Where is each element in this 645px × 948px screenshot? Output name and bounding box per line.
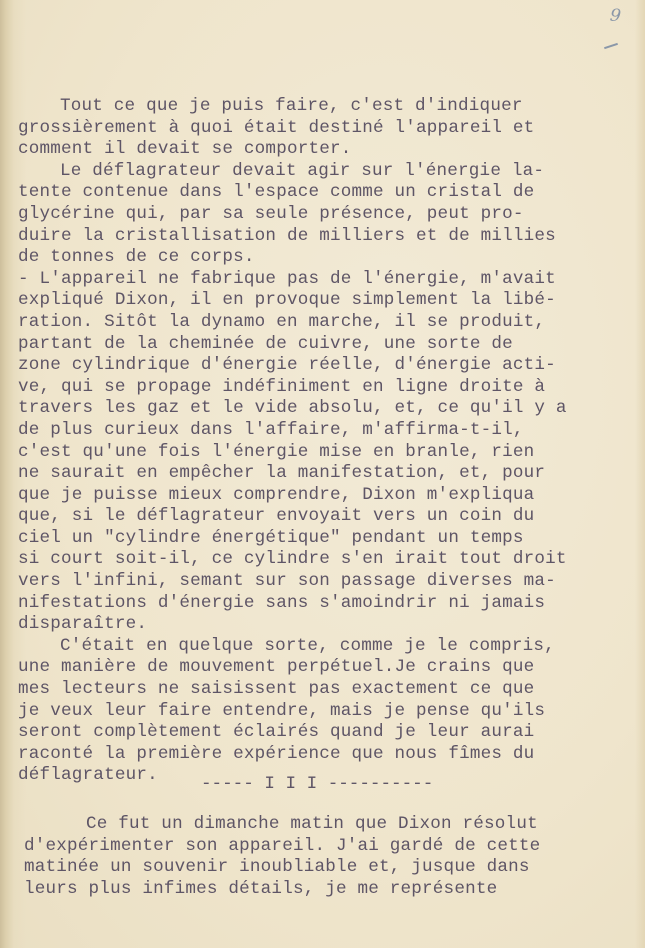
text-line: d'expérimenter son appareil. J'ai gardé …	[24, 836, 644, 858]
text-line: expliqué Dixon, il en provoque simplemen…	[18, 290, 638, 312]
section-two-body: Ce fut un dimanche matin que Dixon résol…	[24, 814, 644, 900]
text-line: raconté la première expérience que nous …	[18, 744, 638, 766]
text-line: que, si le déflagrateur envoyait vers un…	[18, 506, 638, 528]
text-line: - L'appareil ne fabrique pas de l'énergi…	[18, 269, 638, 291]
text-line: nifestations d'énergie sans s'amoindrir …	[18, 593, 638, 615]
handwritten-dash-mark	[604, 43, 618, 49]
text-line: comment il devait se comporter.	[18, 139, 638, 161]
text-line: Le déflagrateur devait agir sur l'énergi…	[18, 161, 638, 183]
text-line: de plus curieux dans l'affaire, m'affirm…	[18, 420, 638, 442]
text-line: grossièrement à quoi était destiné l'app…	[18, 118, 638, 140]
text-line: C'était en quelque sorte, comme je le co…	[18, 636, 638, 658]
text-line: zone cylindrique d'énergie réelle, d'éne…	[18, 355, 638, 377]
text-line: une manière de mouvement perpétuel.Je cr…	[18, 657, 638, 679]
text-line: seront complètement éclairés quand je le…	[18, 722, 638, 744]
section-one-body: Tout ce que je puis faire, c'est d'indiq…	[18, 96, 638, 787]
text-line: matinée un souvenir inoubliable et, jusq…	[24, 857, 644, 879]
text-line: glycérine qui, par sa seule présence, pe…	[18, 204, 638, 226]
text-line: Tout ce que je puis faire, c'est d'indiq…	[18, 96, 638, 118]
text-line: ve, qui se propage indéfiniment en ligne…	[18, 377, 638, 399]
text-line: vers l'infini, semant sur son passage di…	[18, 571, 638, 593]
text-line: de tonnes de ce corps.	[18, 247, 638, 269]
text-line: ciel un "cylindre énergétique" pendant u…	[18, 528, 638, 550]
typewritten-page: 9 Tout ce que je puis faire, c'est d'ind…	[0, 0, 645, 948]
text-line: je veux leur faire entendre, mais je pen…	[18, 701, 638, 723]
text-line: c'est qu'une fois l'énergie mise en bran…	[18, 442, 638, 464]
text-line: travers les gaz et le vide absolu, et, c…	[18, 398, 638, 420]
text-line: que je puisse mieux comprendre, Dixon m'…	[18, 485, 638, 507]
text-line: leurs plus infimes détails, je me représ…	[24, 879, 644, 901]
chapter-separator: ----- I I I ----------	[0, 774, 645, 796]
text-line: ration. Sitôt la dynamo en marche, il se…	[18, 312, 638, 334]
text-line: Ce fut un dimanche matin que Dixon résol…	[24, 814, 644, 836]
text-line: ne saurait en empêcher la manifestation,…	[18, 463, 638, 485]
text-line: tente contenue dans l'espace comme un cr…	[18, 182, 638, 204]
text-line: duire la cristallisation de milliers et …	[18, 226, 638, 248]
handwritten-page-number: 9	[609, 5, 622, 26]
text-line: si court soit-il, ce cylindre s'en irait…	[18, 549, 638, 571]
text-line: disparaître.	[18, 614, 638, 636]
text-line: mes lecteurs ne saisissent pas exactemen…	[18, 679, 638, 701]
text-line: partant de la cheminée de cuivre, une so…	[18, 334, 638, 356]
